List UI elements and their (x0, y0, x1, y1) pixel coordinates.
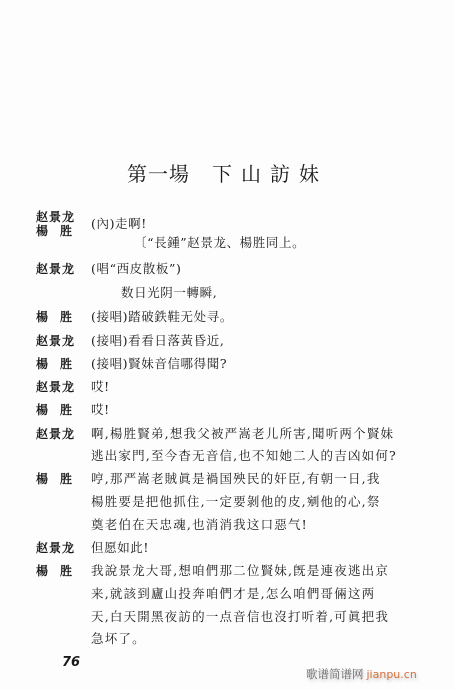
sung-verse: 数日光阴一轉瞬, (121, 286, 217, 300)
watermark-domain: jianpu.cn (367, 668, 417, 681)
speaker-label: 楊 胜 (36, 472, 88, 486)
speaker-label: 楊 胜 (36, 564, 88, 578)
dialogue-text: 奠老伯在天忠魂,也消消我这口惡气! (91, 518, 308, 532)
watermark: 歌谱简谱网jianpu.cn (306, 666, 417, 682)
speaker-label: 楊 胜 (36, 403, 88, 417)
dialogue-text: 楊胜要是把他抓住,一定要剝他的皮,剜他的心,祭 (91, 495, 381, 509)
speaker-label: 赵景龙 (36, 262, 88, 276)
dialogue-text: 但愿如此! (91, 541, 149, 555)
scene-number: 第一場 (127, 162, 190, 186)
dialogue-text: 哎! (91, 403, 110, 417)
dialogue-text: 哼,那严嵩老賊眞是禍国殃民的奸臣,有朝一日,我 (91, 472, 381, 486)
dialogue-text: 急坏了。 (91, 632, 146, 646)
speaker-label: 赵景龙 (36, 210, 88, 224)
dialogue-text: (唱“西皮散板”) (91, 262, 181, 276)
dialogue-text: 天,白天開黑夜訪的一点音信也沒打听着,可眞把我 (91, 610, 389, 624)
dialogue-text: 啊,楊胜賢弟,想我父被严嵩老儿所害,聞听两个賢妹 (91, 427, 394, 441)
speaker-label: 楊 胜 (36, 310, 88, 324)
scene-name: 下山訪妹 (212, 162, 328, 186)
dialogue-text: (接唱)看看日落黃昏近, (91, 334, 224, 348)
speaker-label: 赵景龙 (36, 541, 88, 555)
speaker-label: 赵景龙 (36, 427, 88, 441)
dialogue-text: 哎! (91, 380, 110, 394)
speaker-label: 楊 胜 (36, 357, 88, 371)
speaker-label: 楊 胜 (36, 224, 88, 238)
speaker-label: 赵景龙 (36, 334, 88, 348)
scene-title: 第一場下山訪妹 (0, 158, 455, 187)
stage-direction: 〔“長鍾”赵景龙、楊胜同上。 (134, 236, 305, 250)
dialogue-text: 逃出家門,至今杳无音信,也不知她二人的吉凶如何? (91, 449, 397, 463)
dialogue-text: 来,就該到廬山投奔咱們才是,怎么咱們哥倆这两 (91, 587, 375, 601)
speaker-label: 赵景龙 (36, 380, 88, 394)
dialogue-text: (內)走啊! (91, 217, 147, 231)
dialogue-text: (接唱)踏破鉄鞋无处寻。 (91, 310, 233, 324)
book-page: 第一場下山訪妹 赵景龙 楊 胜 (內)走啊! 〔“長鍾”赵景龙、楊胜同上。 赵景… (0, 0, 455, 690)
watermark-site-name: 歌谱简谱网 (306, 667, 364, 681)
page-number: 76 (62, 655, 80, 670)
dialogue-text: 我說景龙大哥,想咱們那二位賢妹,旣是連夜逃出京 (91, 564, 389, 578)
dialogue-text: (接唱)賢妹音信哪得聞? (91, 357, 227, 371)
